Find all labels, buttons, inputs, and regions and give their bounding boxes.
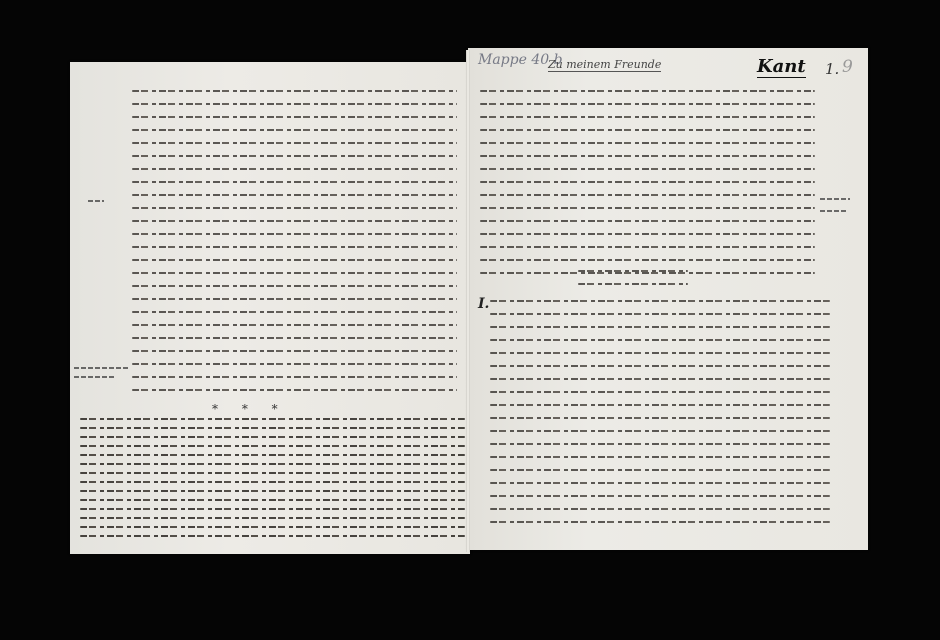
pencil-page-number: 9	[842, 57, 853, 77]
right-page-text-bottom	[490, 300, 830, 534]
right-margin-annotation	[820, 198, 850, 200]
page-fold	[466, 50, 470, 552]
section-marker: I.	[478, 296, 489, 312]
author-label: Kant	[757, 56, 806, 78]
right-margin-annotation-2	[820, 210, 846, 212]
right-page-heading: Zu meinem Freunde	[548, 58, 661, 72]
left-page-text-bottom	[80, 418, 465, 544]
right-page-text-top	[480, 90, 815, 285]
left-margin-annotation	[74, 367, 130, 369]
left-margin-note	[88, 200, 104, 202]
page-number: 1.	[825, 60, 839, 78]
left-manuscript-page	[70, 62, 470, 554]
section-separator: * * *	[212, 402, 288, 416]
left-margin-annotation-2	[74, 376, 114, 378]
left-page-text-top	[132, 90, 457, 402]
right-manuscript-page	[468, 48, 868, 550]
right-page-centered-heading	[578, 270, 688, 296]
